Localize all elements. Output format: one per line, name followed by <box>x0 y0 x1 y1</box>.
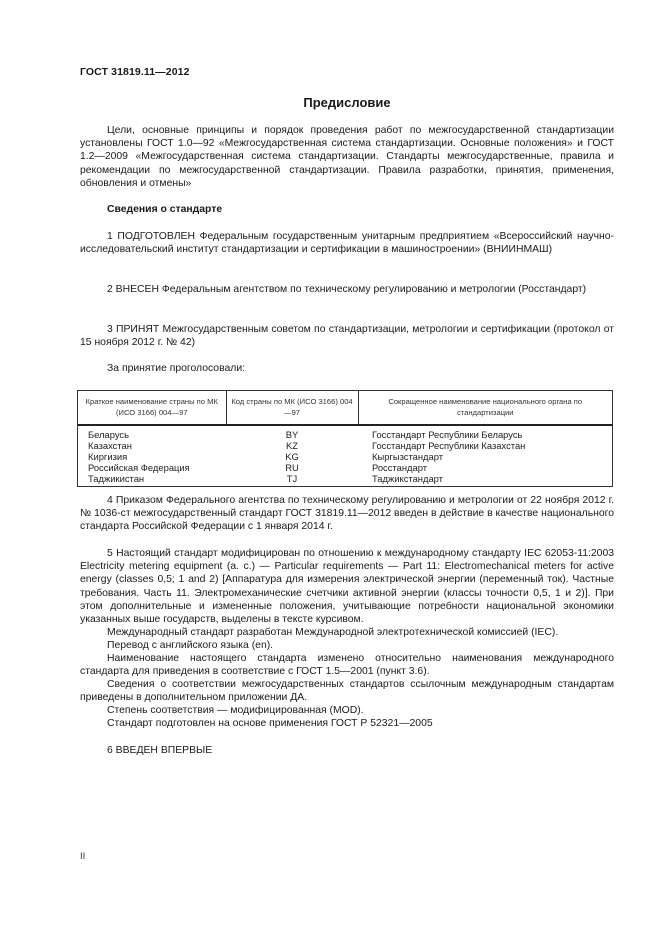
section-heading: Сведения о стандарте <box>80 203 614 216</box>
country-cell: Беларусь <box>78 425 227 440</box>
intro-paragraph: Цели, основные принципы и порядок провед… <box>80 124 614 190</box>
item-5-degree-note: Степень соответствия — модифицированная … <box>80 704 614 717</box>
item-4-paragraph: 4 Приказом Федерального агентства по тех… <box>80 494 614 534</box>
column-header-country: Краткое наименование страны по МК (ИСО 3… <box>78 391 227 426</box>
item-5-translation-note: Перевод с английского языка (en). <box>80 639 614 652</box>
column-header-agency: Сокращенное наименование национального о… <box>358 391 613 426</box>
column-header-code: Код страны по МК (ИСО 3166) 004—97 <box>226 391 358 426</box>
vote-intro: За принятие проголосовали: <box>80 362 614 375</box>
item-5-paragraph: 5 Настоящий стандарт модифицирован по от… <box>80 547 614 626</box>
table-header-row: Краткое наименование страны по МК (ИСО 3… <box>78 391 613 426</box>
voting-table: Краткое наименование страны по МК (ИСО 3… <box>77 390 613 487</box>
table-row: КиргизияKGКыргызстандарт <box>78 451 613 462</box>
agency-cell: Росстандарт <box>358 462 613 473</box>
document-id: ГОСТ 31819.11—2012 <box>80 66 190 78</box>
item-3-paragraph: 3 ПРИНЯТ Межгосударственным советом по с… <box>80 323 614 349</box>
table-row: БеларусьBYГосстандарт Республики Беларус… <box>78 425 613 440</box>
item-5-basis-note: Стандарт подготовлен на основе применени… <box>80 717 614 730</box>
code-cell: RU <box>226 462 358 473</box>
item-5-refs-note: Сведения о соответствии межгосударственн… <box>80 678 614 704</box>
country-cell: Казахстан <box>78 440 227 451</box>
item-1-paragraph: 1 ПОДГОТОВЛЕН Федеральным государственны… <box>80 230 614 256</box>
country-cell: Киргизия <box>78 451 227 462</box>
item-2-paragraph: 2 ВНЕСЕН Федеральным агентством по техни… <box>80 283 614 296</box>
item-5-name-note: Наименование настоящего стандарта измене… <box>80 652 614 678</box>
agency-cell: Кыргызстандарт <box>358 451 613 462</box>
code-cell: TJ <box>226 473 358 487</box>
table-row: КазахстанKZГосстандарт Республики Казахс… <box>78 440 613 451</box>
table-row: ТаджикистанTJТаджикстандарт <box>78 473 613 487</box>
country-cell: Российская Федерация <box>78 462 227 473</box>
page-number: II <box>80 851 85 862</box>
agency-cell: Таджикстандарт <box>358 473 613 487</box>
agency-cell: Госстандарт Республики Беларусь <box>358 425 613 440</box>
agency-cell: Госстандарт Республики Казахстан <box>358 440 613 451</box>
page-title: Предисловие <box>80 95 614 110</box>
table-row: Российская ФедерацияRUРосстандарт <box>78 462 613 473</box>
code-cell: KG <box>226 451 358 462</box>
code-cell: KZ <box>226 440 358 451</box>
code-cell: BY <box>226 425 358 440</box>
item-6-paragraph: 6 ВВЕДЕН ВПЕРВЫЕ <box>80 744 614 757</box>
country-cell: Таджикистан <box>78 473 227 487</box>
item-5-iec-note: Международный стандарт разработан Междун… <box>80 626 614 639</box>
